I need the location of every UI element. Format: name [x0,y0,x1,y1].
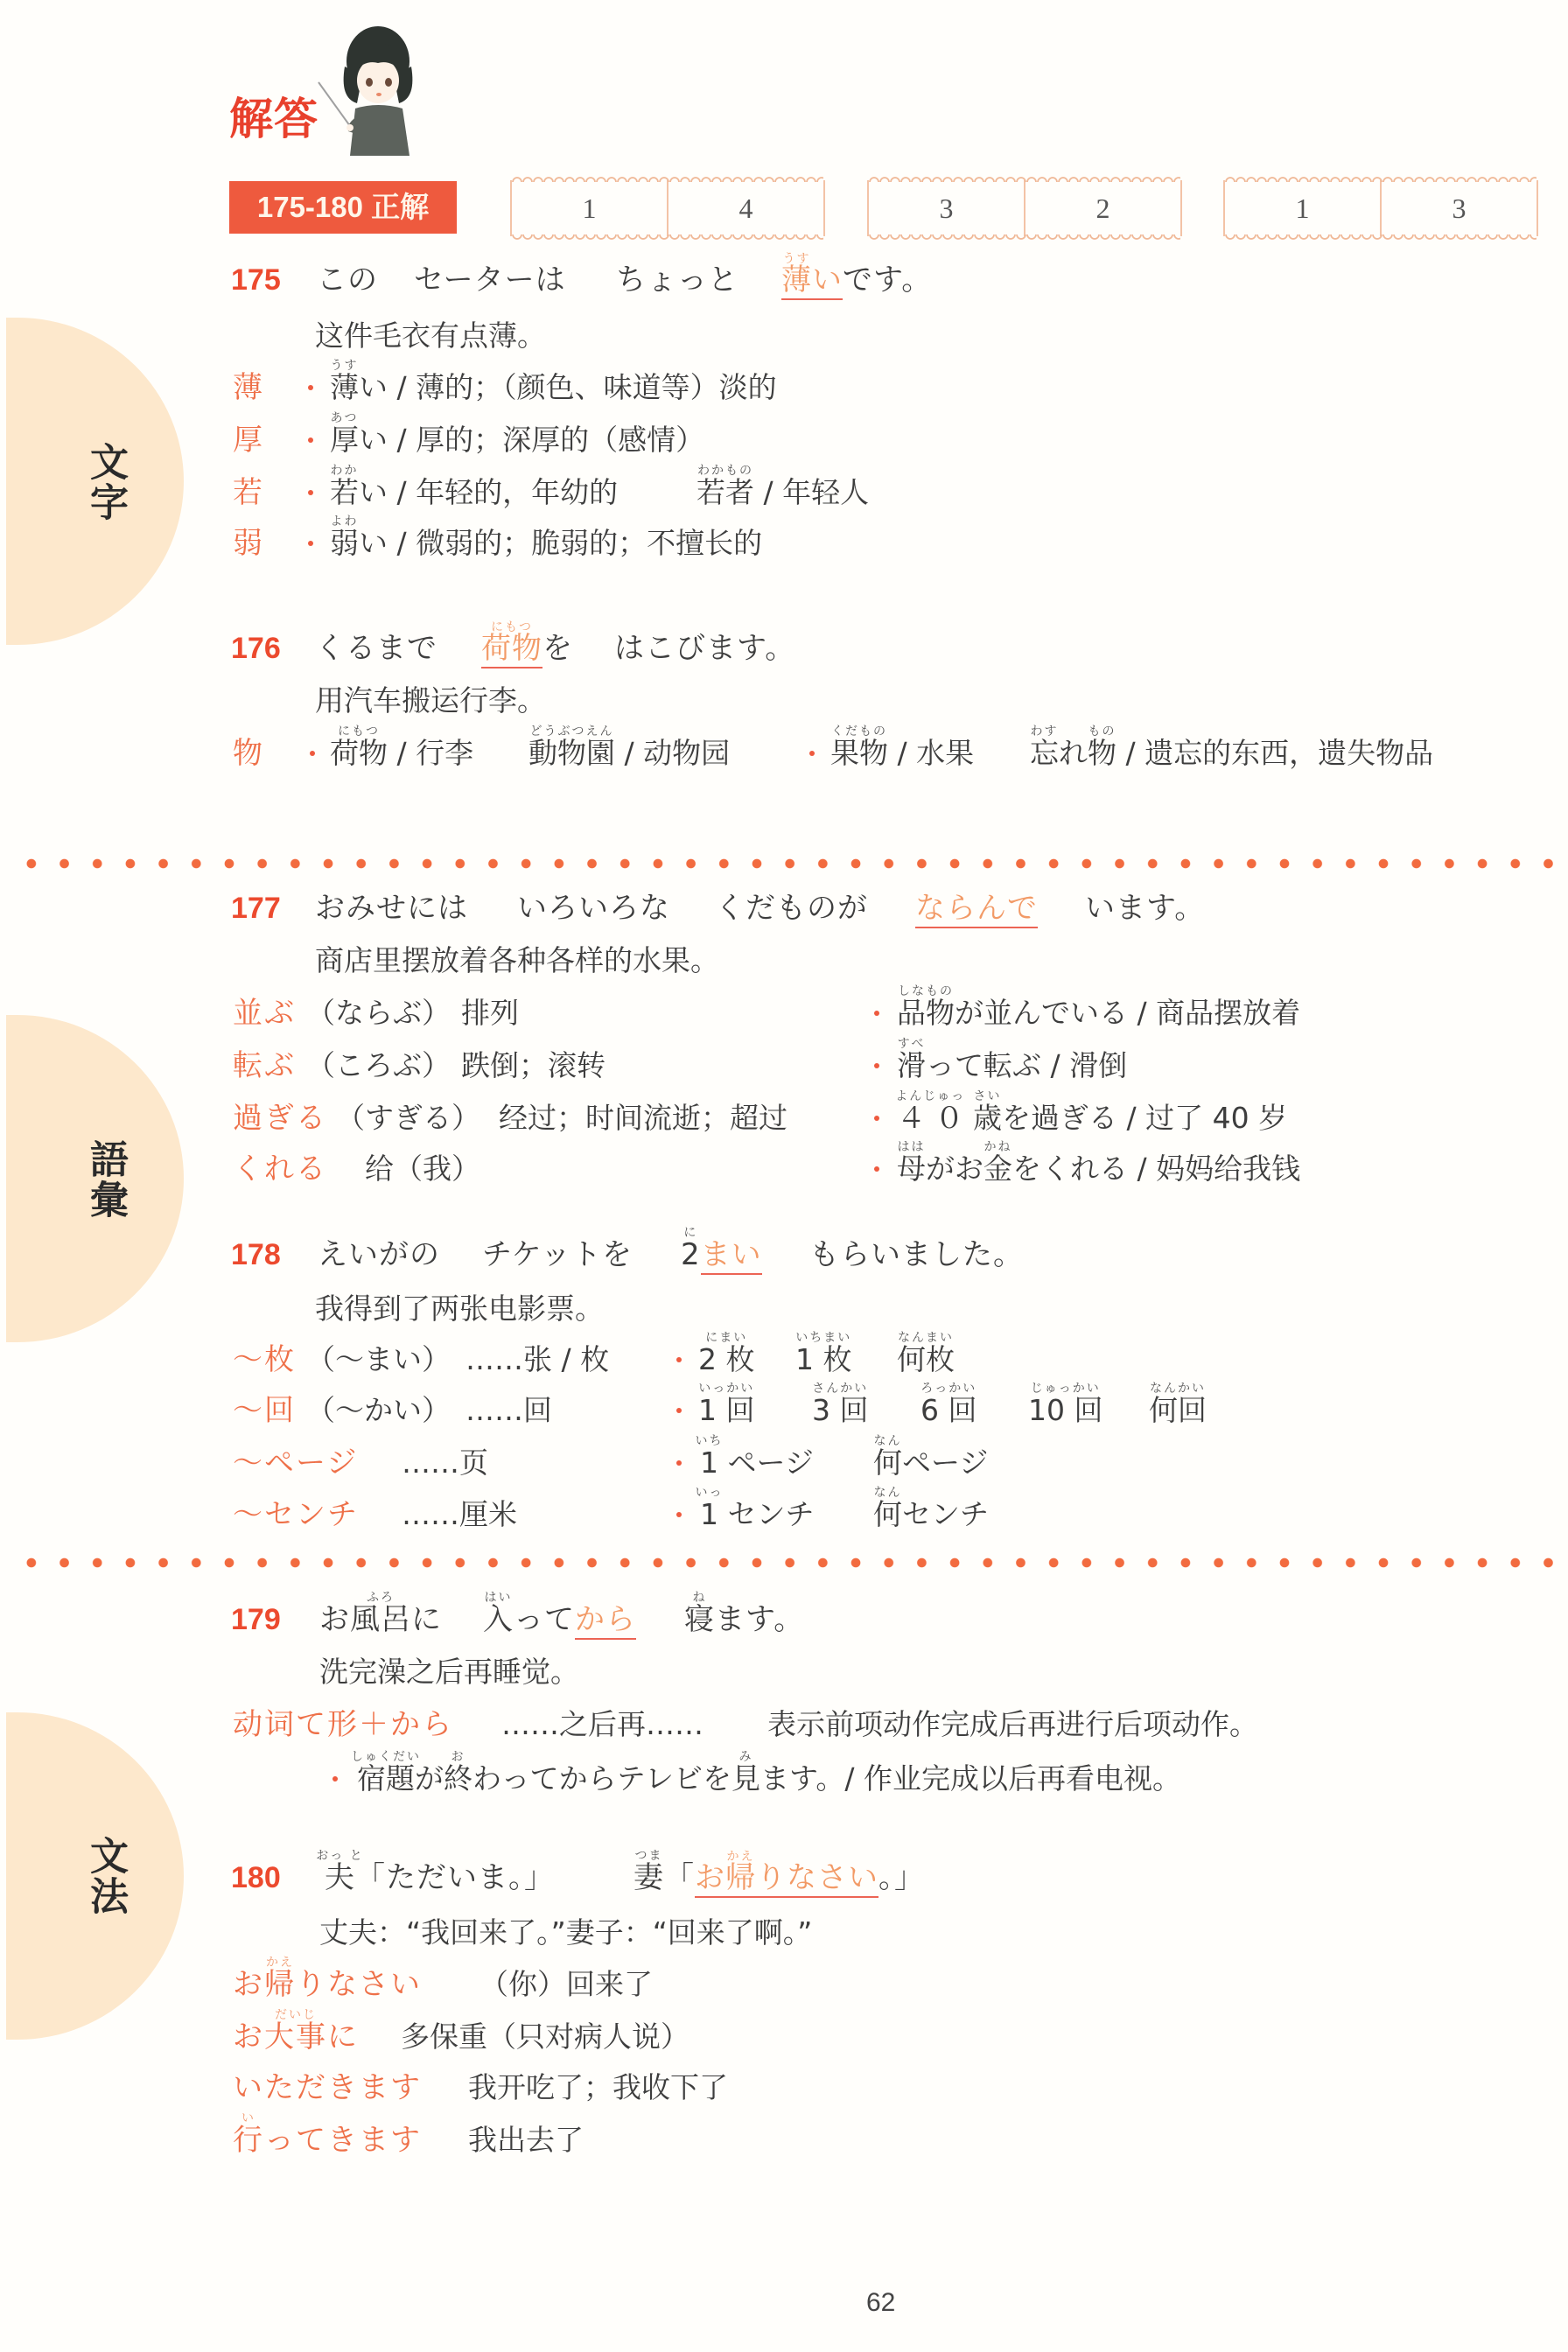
counter-example: 何枚なんまい [897,1342,955,1377]
base-text: 荷物 [330,736,388,770]
vocab-meaning: 经过；时间流逝；超过 [499,1101,787,1136]
ruby-word: 2 枚にまい [698,1342,755,1377]
sentence-text: 「 [664,1860,695,1895]
furigana: くだもの [831,725,887,738]
furigana: うす [331,360,359,372]
example-text: がお [926,1151,983,1186]
ruby-word: 歳さい [973,1101,1002,1136]
answer-key-label: 175-180 正解 [229,181,457,234]
ruby-word: 何なん [873,1445,902,1480]
vocab-reading: （すぎる） [336,1101,480,1136]
side-tab-bunpo-label: 文法 [84,1836,126,1916]
sentence-chunk: 妻つま「お帰かえりなさい。」 [633,1860,925,1895]
furigana: よんじゅっ [895,1090,965,1102]
answer-highlight: 薄うすい [781,263,843,300]
note-item: 若者わかもの / 年轻人 [696,475,869,510]
base-text: 2 [681,1237,701,1272]
kanji-label: 厚 [233,423,264,458]
grammar-pattern: 动词て形＋から [233,1707,453,1742]
ruby-word: 見み [731,1761,760,1796]
ruby-word: 若者わかもの [696,475,754,510]
sentence-chunk: 寝ねます。 [684,1602,804,1637]
base-text: 忘 [1030,736,1059,770]
counter-label: 〜枚 [233,1342,296,1377]
bullet-icon [874,1166,879,1172]
expression-label: お大事だいじに [233,2019,359,2054]
answer-178: 2 [1024,180,1180,236]
note-text: / 年轻人 [754,475,869,509]
vocab-example: 滑すべって転ぶ / 滑倒 [897,1048,1127,1083]
vocab-label: 並ぶ [233,996,296,1031]
example-text: わってからテレビを [472,1761,731,1795]
base-text: 2 枚 [698,1342,755,1376]
base-text: 若 [330,475,359,509]
ruby-word: 忘わす [1030,736,1059,771]
ruby-word: 寝ね [684,1602,715,1637]
example-text: ページ [902,1445,988,1480]
furigana: にまい [705,1332,747,1344]
note-text: い / 薄的；（颜色、味道等）淡的 [359,370,777,404]
sentence-text: って [514,1602,575,1637]
sentence-text: を [542,631,573,666]
base-text: 荷物 [481,631,542,666]
furigana: わか [331,465,359,477]
note-item: 荷物にもつ / 行李 [330,736,473,771]
base-text: 厚 [330,423,359,457]
vocab-meaning: 跌倒；滚转 [461,1048,605,1083]
sentence-text: お [319,1602,350,1637]
ruby-word: 妻つま [633,1860,664,1895]
kanji-label: 弱 [233,526,264,561]
sentence-text: お [695,1860,725,1895]
ruby-word: 母はは [897,1151,926,1186]
label-text: りなさい [296,1967,422,2002]
base-text: 1 枚 [795,1342,852,1376]
answer-highlight: ならんで [915,892,1038,928]
base-text: 何 [873,1497,902,1531]
ruby-word: 薄うす [781,263,812,297]
ruby-word: 荷物にもつ [481,632,542,665]
dotted-separator [15,858,1568,869]
sentence-text: くだものが [715,891,868,926]
question-number: 179 [231,1602,281,1637]
counter-label: 〜回 [233,1393,296,1428]
ruby-word: 厚あつ [330,423,359,458]
furigana: さい [974,1090,1002,1102]
furigana: なんかい [1150,1382,1206,1395]
answer-highlight: お帰かえりなさい [695,1861,878,1898]
example-text: ページ [718,1445,814,1480]
furigana: にもつ [491,621,533,633]
answer-group-175-176: 1 4 [510,180,825,236]
dotted-separator [15,1557,1568,1568]
note-text: い / 年轻的，年幼的 [359,475,618,509]
ruby-word: 2に [681,1237,701,1272]
answer-176: 4 [667,180,823,236]
base-text: 行 [233,2123,264,2158]
example-text: センチ [718,1497,815,1531]
sentence-chunk: はこびます。 [614,631,795,666]
grammar-meaning: ……之后再…… [501,1707,703,1742]
note-text: / 遗忘的东西，遗失物品 [1116,736,1433,770]
sentence-chunk: おみせには [315,891,468,926]
furigana: うす [783,253,811,265]
base-text: 金 [983,1151,1012,1186]
ruby-word: 品物しなもの [897,996,955,1031]
furigana: もの [1088,725,1116,738]
ruby-word: 風呂ふろ [350,1602,411,1637]
label-text: に [327,2019,359,2054]
note-item: 弱よわい / 微弱的；脆弱的；不擅长的 [330,526,762,561]
ruby-word: 宿題しゅくだい [357,1761,415,1796]
counter-meaning: ……页 [402,1445,488,1480]
counter-example: 6 回ろっかい [920,1393,977,1428]
sentence-text: セーターは [414,262,566,297]
teacher-illustration [315,16,429,157]
sentence-chunk: えいがの [318,1237,440,1272]
ruby-word: 荷物にもつ [330,736,388,771]
ruby-word: 弱よわ [330,526,359,561]
furigana: おっ と [316,1850,363,1862]
furigana: よわ [331,515,359,528]
example-text: って転ぶ / 滑倒 [926,1048,1127,1082]
page-number: 62 [866,2285,895,2320]
answer-175: 1 [512,180,667,236]
note-item: 忘わすれ物もの / 遗忘的东西，遗失物品 [1030,736,1433,771]
sentence-text: えいがの [318,1237,440,1272]
sentence-text: いろいろな [517,891,670,926]
ruby-word: 行い [233,2123,264,2158]
furigana: しなもの [898,985,954,997]
ruby-word: 3 回さんかい [812,1393,869,1428]
furigana: はい [485,1592,513,1604]
counter-meaning: ……回 [465,1393,552,1428]
furigana: つま [635,1850,663,1862]
bullet-icon [676,1460,682,1466]
label-text: お [233,1967,264,2002]
base-text: 帰 [264,1967,296,2002]
vocab-reading: （ならぶ） [306,996,451,1031]
furigana: ふろ [367,1592,395,1604]
counter-example: 何なんセンチ [873,1497,989,1532]
ruby-word: 1 枚いちまい [795,1342,852,1377]
sentence-text: ます。 [715,1602,804,1637]
ruby-word: 薄うす [330,370,359,405]
sentence-text: 「ただいま。」 [355,1860,555,1895]
counter-example: 1いっ センチ [700,1497,815,1532]
bullet-icon [308,385,313,390]
ruby-word: 1 回いっかい [698,1393,755,1428]
ruby-word: 滑すべ [897,1048,926,1083]
note-item: 動物園どうぶつえん / 动物园 [528,736,730,771]
ruby-word: 物もの [1088,736,1116,771]
label-text: お [233,2019,264,2054]
base-text: 宿題 [357,1761,415,1795]
furigana: い [241,2112,255,2124]
sentence-chunk: この [317,262,378,297]
vocab-example: 品物しなものが並んでいる / 商品摆放着 [897,996,1300,1031]
note-item: 薄うすい / 薄的；（颜色、味道等）淡的 [330,370,777,405]
sentence-chunk: お風呂ふろに [319,1602,442,1637]
furigana: だいじ [275,2009,317,2021]
bullet-icon [809,751,815,756]
example-text: を過ぎる / 过了 40 岁 [1002,1101,1287,1135]
sentence-text: い [812,262,843,297]
expression-meaning: （你）回来了 [479,1967,653,2002]
sentence-chunk: もらいました。 [809,1237,1024,1272]
sentence-chunk: チケットを [482,1237,633,1272]
expression-meaning: 多保重（只对病人说） [401,2019,689,2054]
example-text [964,1101,974,1135]
sentence-chunk: くだものが [715,891,868,926]
sentence-chunk: 夫おっ と「ただいま。」 [325,1860,555,1895]
furigana: はは [898,1141,926,1153]
expression-meaning: 我开吃了；我收下了 [468,2070,728,2105]
expression-label: お帰かえりなさい [233,1967,422,2002]
ruby-word: 果物くだもの [830,736,888,771]
base-text: 弱 [330,526,359,560]
ruby-word: 終お [444,1761,472,1796]
answer-group-179-180: 1 3 [1223,180,1538,236]
base-text: 薄 [781,262,812,297]
ruby-word: 1いっ [700,1497,718,1532]
base-text: 6 回 [920,1393,977,1427]
expression-label: いただきます [233,2070,422,2105]
furigana: すべ [898,1038,926,1050]
kanji-label: 物 [233,736,264,771]
base-text: 風呂 [350,1602,411,1637]
furigana: み [739,1751,753,1763]
furigana: いっ [696,1487,724,1499]
example-text: ます。/ 作业完成以后再看电视。 [760,1761,1181,1795]
answer-group-177-178: 3 2 [867,180,1182,236]
furigana: かね [984,1141,1012,1153]
ruby-word: 6 回ろっかい [920,1393,977,1428]
vocab-label: 転ぶ [233,1048,296,1083]
vocab-label: くれる [233,1151,327,1186]
note-text: い / 微弱的；脆弱的；不擅长的 [359,526,762,560]
base-text: 夫 [325,1860,355,1895]
sentence-text: います。 [1085,891,1205,926]
answer-highlight: から [575,1603,636,1640]
question-number: 177 [231,891,281,926]
base-text: 物 [1088,736,1116,770]
vocab-meaning: 给（我） [365,1151,480,1186]
bullet-icon [874,1116,879,1121]
furigana: いちまい [795,1332,851,1344]
furigana: さんかい [812,1382,868,1395]
ruby-word: 帰かえ [725,1861,756,1894]
ruby-word: 金かね [983,1151,1012,1186]
answer-highlight: 荷物にもつ [481,632,542,668]
base-text: 何枚 [897,1342,955,1376]
sentence-chunk: 薄うすいです。 [781,262,932,297]
counter-example: 何なんページ [873,1445,988,1480]
vocab-label: 過ぎる [233,1101,327,1136]
ruby-word: 夫おっ と [325,1860,355,1895]
translation: 洗完澡之后再睡觉。 [319,1655,579,1690]
base-text: 若者 [696,475,754,509]
bullet-icon [874,1063,879,1068]
furigana: かえ [727,1851,755,1863]
vocab-reading: （ころぶ） [306,1048,451,1083]
base-text: 妻 [633,1860,664,1895]
vocab-example: ４ ０よんじゅっ 歳さいを過ぎる / 过了 40 岁 [897,1101,1287,1136]
answer-highlight: まい [701,1238,762,1275]
sentence-text: に [411,1602,442,1637]
kanji-label: 薄 [233,370,264,405]
note-text: / 水果 [888,736,974,770]
ruby-word: 何回なんかい [1149,1393,1207,1428]
base-text: 薄 [330,370,359,404]
base-text: 10 回 [1028,1393,1102,1427]
counter-reading: （〜かい） [306,1393,451,1428]
ruby-word: 10 回じゅっかい [1028,1393,1102,1428]
bullet-icon [308,490,313,495]
note-text: / 行李 [388,736,473,770]
bullet-icon [676,1357,682,1362]
counter-example: 1いち ページ [700,1445,814,1480]
base-text: ４ ０ [897,1101,964,1135]
bullet-icon [332,1776,338,1781]
question-number: 178 [231,1237,281,1272]
furigana: わす [1031,725,1059,738]
answer-180: 3 [1380,180,1536,236]
furigana: いっかい [698,1382,754,1395]
ruby-word: 大事だいじ [264,2019,327,2054]
furigana: お [451,1751,465,1763]
section-title: 解答 [229,94,318,143]
sentence-text: この [317,262,378,297]
base-text: 果物 [830,736,888,770]
sentence-chunk: ちょっと [616,262,738,297]
counter-label: 〜ページ [233,1445,358,1480]
answer-177: 3 [869,180,1024,236]
sentence-chunk: ならんで [915,891,1038,926]
furigana: いち [696,1435,724,1447]
ruby-word: ４ ０よんじゅっ [897,1101,964,1136]
translation: 商店里摆放着各种各样的水果。 [315,943,719,978]
translation: 我得到了两张电影票。 [315,1291,604,1326]
example-text: が並んでいる / 商品摆放着 [955,996,1300,1030]
furigana: どうぶつえん [530,725,614,738]
base-text: 歳 [973,1101,1002,1135]
base-text: 見 [731,1761,760,1795]
counter-example: 何回なんかい [1149,1393,1207,1428]
bullet-icon [310,751,315,756]
furigana: しゅくだい [351,1751,421,1763]
base-text: 何回 [1149,1393,1207,1427]
bullet-icon [308,541,313,546]
label-text: ってきます [264,2123,422,2158]
question-number: 180 [231,1860,281,1895]
question-number: 176 [231,631,281,666]
sentence-text: です。 [843,262,932,297]
counter-meaning: ……厘米 [402,1497,517,1532]
sentence-text: もらいました。 [809,1237,1024,1272]
side-tab-goi-label: 語彙 [84,1139,126,1220]
base-text: 1 [700,1445,718,1480]
bullet-icon [874,1011,879,1016]
base-text: 3 回 [812,1393,869,1427]
example-text: センチ [902,1497,989,1531]
ruby-word: 帰かえ [264,1967,296,2002]
sentence-chunk: 2にまい [681,1237,762,1272]
label-text: いただきます [233,2070,422,2105]
ruby-word: 入はい [483,1602,514,1637]
base-text: 入 [483,1602,514,1637]
base-text: 品物 [897,996,955,1030]
bullet-icon [308,437,313,443]
ruby-word: 何枚なんまい [897,1342,955,1377]
bullet-icon [676,1512,682,1517]
furigana: わかもの [697,465,753,477]
furigana: なんまい [898,1332,954,1344]
expression-meaning: 我出去了 [468,2123,584,2158]
grammar-explanation: 表示前项动作完成后再进行后项动作。 [767,1707,1258,1742]
base-text: 帰 [725,1860,756,1895]
counter-reading: （〜まい） [306,1342,451,1377]
counter-label: 〜センチ [233,1497,359,1532]
sentence-chunk: 荷物にもつを [481,631,573,666]
sentence-text: 。」 [878,1860,925,1895]
sentence-chunk: いろいろな [517,891,670,926]
furigana: にもつ [338,725,380,738]
base-text: 動物園 [528,736,615,770]
note-text: れ [1059,736,1088,770]
expression-label: 行いってきます [233,2123,422,2158]
furigana: に [683,1227,697,1239]
base-text: 何 [873,1445,902,1480]
ruby-word: 若わか [330,475,359,510]
furigana: ね [693,1592,707,1604]
base-text: 母 [897,1151,926,1186]
vocab-meaning: 排列 [461,996,519,1031]
note-item: 厚あつい / 厚的；深厚的（感情） [330,423,704,458]
note-item: 若わかい / 年轻的，年幼的 [330,475,618,510]
furigana: かえ [266,1956,294,1969]
base-text: 大事 [264,2019,327,2054]
vocab-example: 母ははがお金かねをくれる / 妈妈给我钱 [897,1151,1300,1186]
base-text: 終 [444,1761,472,1795]
sentence-chunk: くるまで [315,631,437,666]
counter-example: 1 回いっかい [698,1393,755,1428]
translation: 用汽车搬运行李。 [315,683,546,718]
counter-example: 3 回さんかい [812,1393,869,1428]
sentence-text: チケットを [482,1237,633,1272]
question-number: 175 [231,262,281,297]
counter-meaning: ……张 / 枚 [465,1342,609,1377]
furigana: ろっかい [920,1382,976,1395]
example-text: をくれる / 妈妈给我钱 [1012,1151,1300,1186]
sentence-text: はこびます。 [614,631,795,666]
note-text: / 动物园 [615,736,730,770]
counter-example: 10 回じゅっかい [1028,1393,1102,1428]
note-item: 果物くだもの / 水果 [830,736,974,771]
example-text: が [415,1761,444,1795]
sentence-chunk: います。 [1085,891,1205,926]
furigana: じゅっかい [1031,1382,1101,1395]
kanji-label: 若 [233,475,264,510]
furigana: なん [874,1487,902,1499]
ruby-word: 1いち [700,1445,718,1480]
sentence-text: くるまで [315,631,437,666]
translation: 这件毛衣有点薄。 [315,318,546,353]
sentence-text: りなさい [756,1860,878,1895]
furigana: あつ [331,412,359,424]
side-tab-moji-label: 文字 [84,442,126,522]
sentence-text: ちょっと [616,262,738,297]
